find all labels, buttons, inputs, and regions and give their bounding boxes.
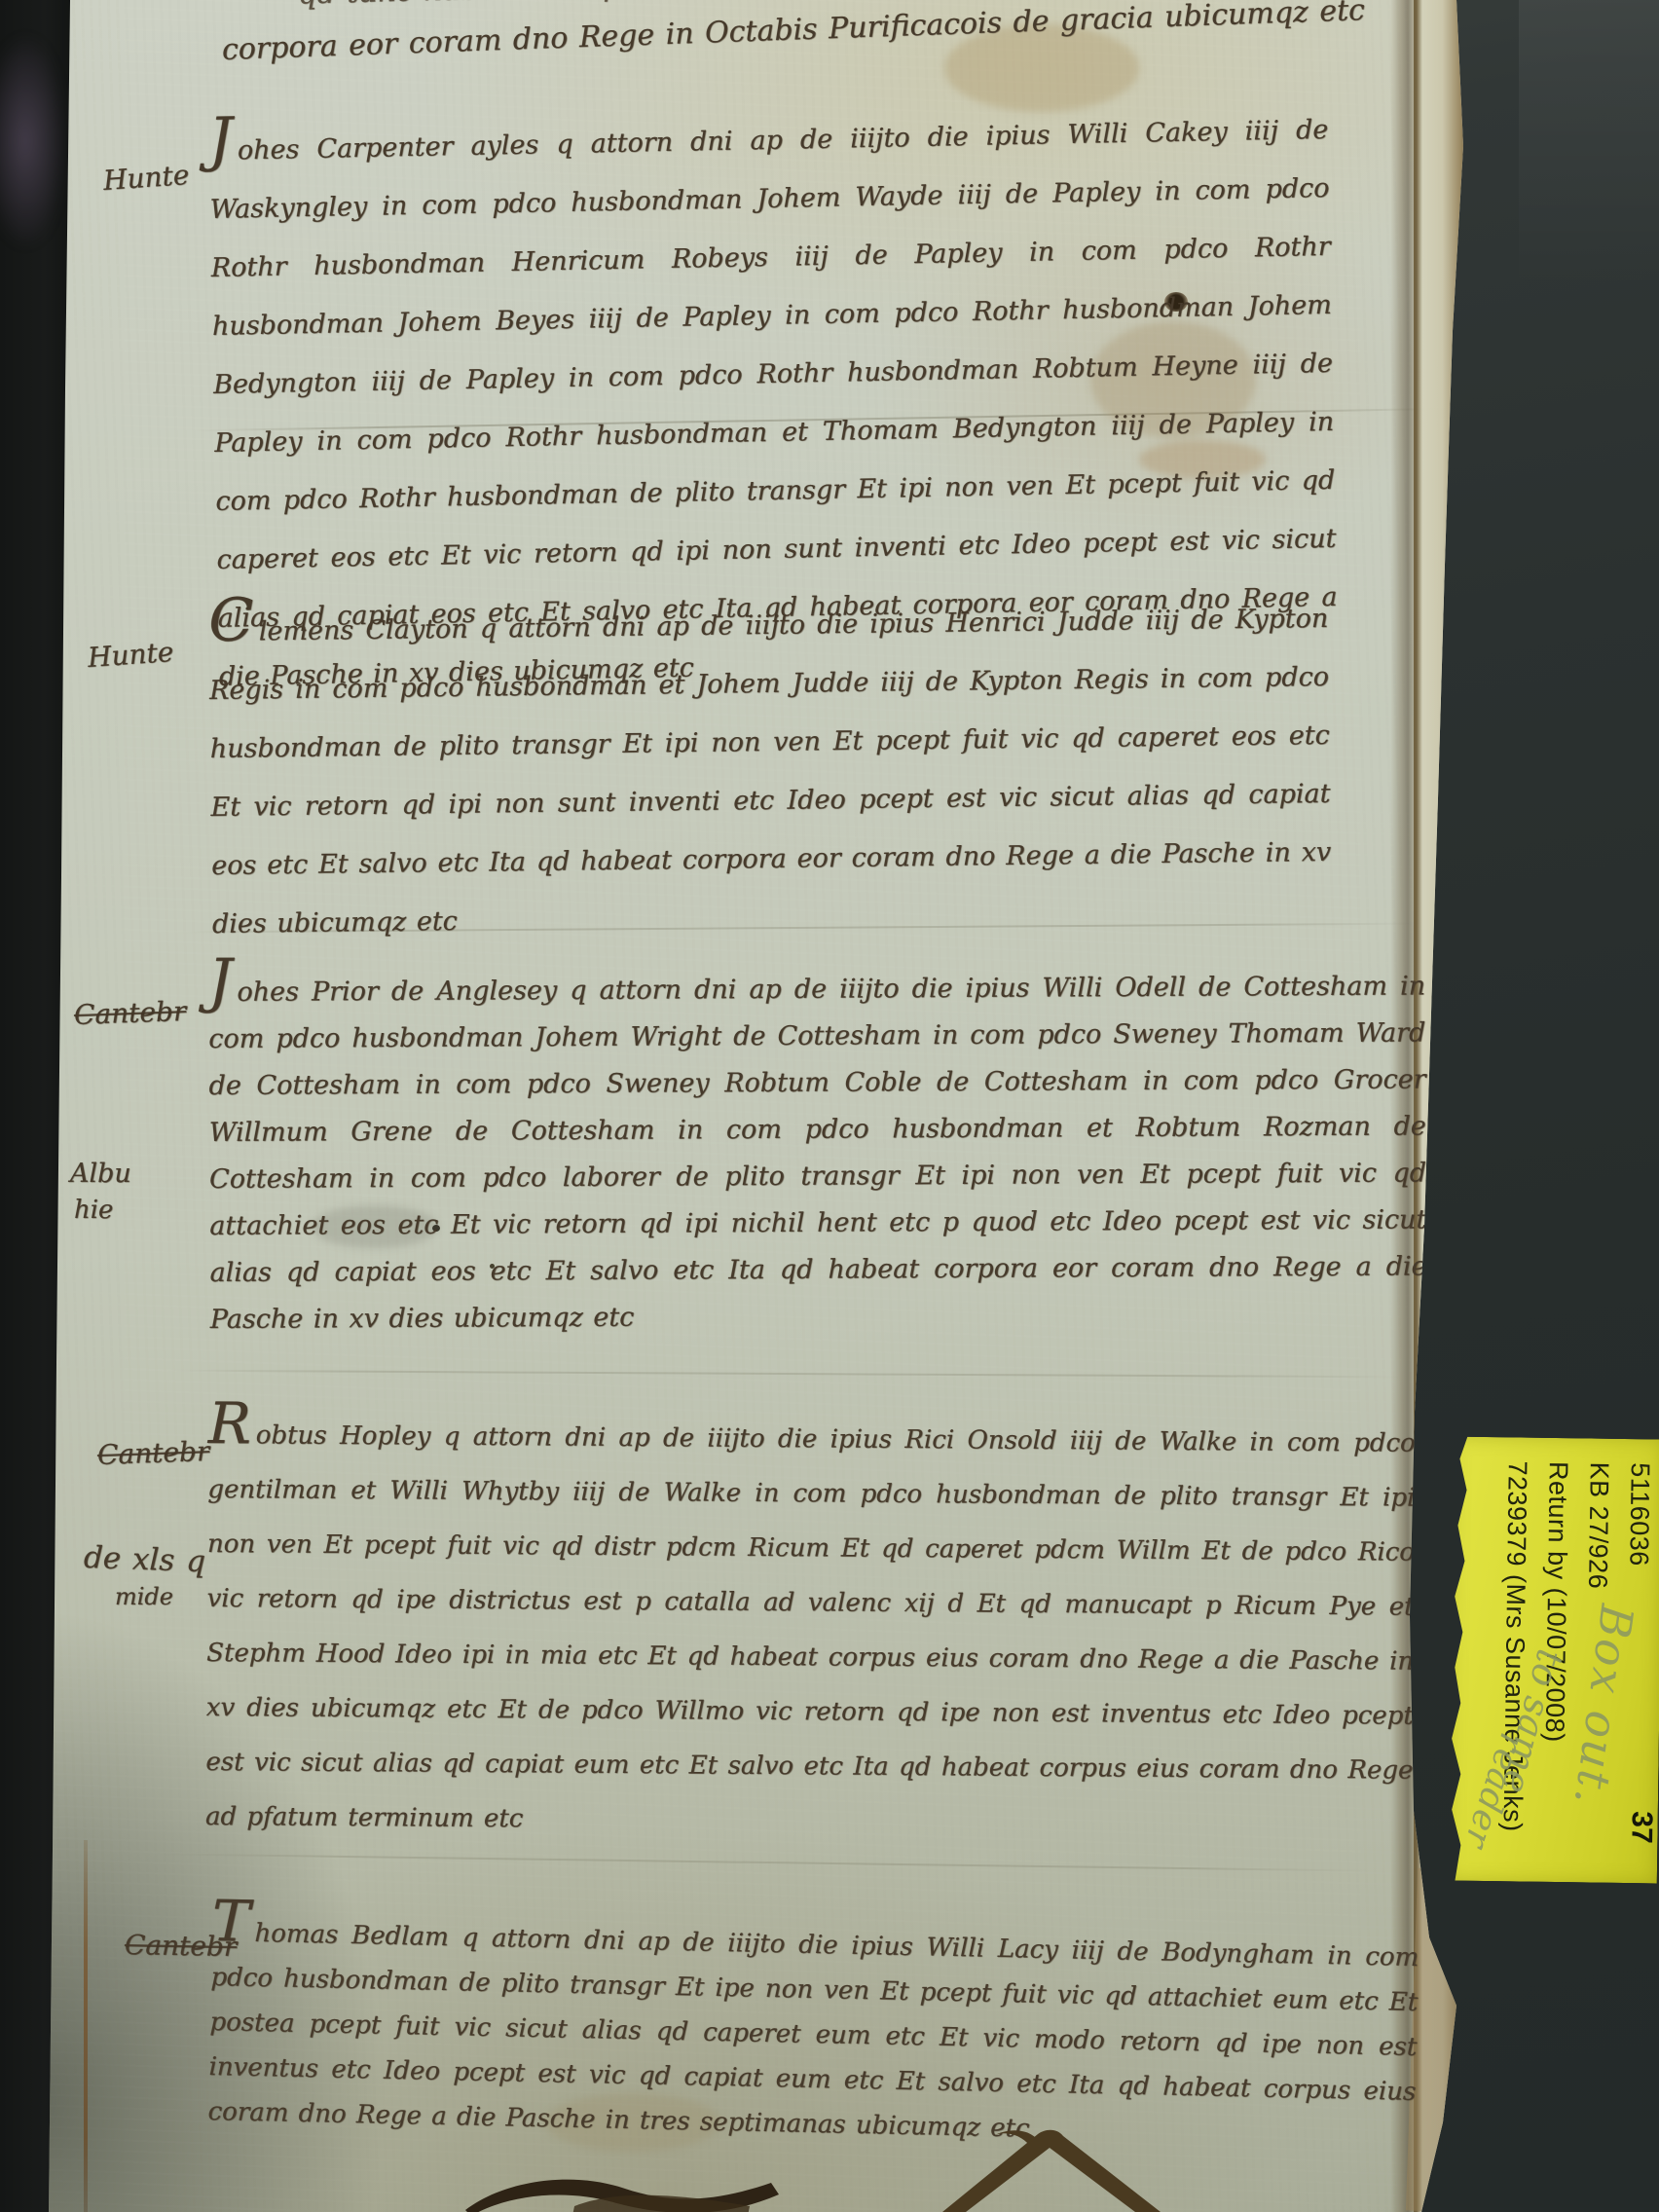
marginal-note-mide: mide xyxy=(115,1583,173,1610)
entry-text: Robtus Hopley q attorn dni ap de iiijto … xyxy=(205,1408,1416,1853)
manuscript-page: qd tunc habeant corpora eor coram dno Re… xyxy=(0,0,1659,2212)
plea-entry-5: Thomas Bedlam q attorn dni ap de iiijto … xyxy=(207,1910,1419,2159)
entry-text: Clemens Clayton q attorn dni ap de iiijt… xyxy=(208,590,1332,954)
page-number: 37 xyxy=(1624,1811,1657,1844)
marginal-county-hunte-2: Hunte xyxy=(87,636,174,674)
sticky-note: 5116036 KB 27/926 Return by (10/07/2008)… xyxy=(1447,1437,1659,1884)
marginal-note-fine: de xls q xyxy=(83,1540,205,1579)
marginal-note-albu: Albu xyxy=(70,1159,131,1189)
membrane-edge-lower xyxy=(1406,1868,1499,2212)
marginal-note-hie: hie xyxy=(74,1196,113,1225)
ornament-flourish-initial xyxy=(937,2126,1170,2212)
sticky-note-rotated-content: 5116036 KB 27/926 Return by (10/07/2008)… xyxy=(1447,1437,1659,1884)
table-light-band xyxy=(1519,0,1659,292)
entry-text: Johes Prior de Anglesey q attorn dni ap … xyxy=(208,963,1427,1344)
ornament-flourish-left xyxy=(458,2177,779,2212)
photograph-of-plea-roll: qd tunc habeant corpora eor coram dno Re… xyxy=(0,0,1659,2212)
marginal-county-hunte-1: Hunte xyxy=(102,159,190,197)
plea-entry-3: Johes Prior de Anglesey q attorn dni ap … xyxy=(208,963,1427,1344)
parchment-fold xyxy=(84,1840,88,2212)
plea-entry-4: Robtus Hopley q attorn dni ap de iiijto … xyxy=(205,1408,1416,1853)
entry-text: Thomas Bedlam q attorn dni ap de iiijto … xyxy=(207,1910,1419,2159)
plea-entry-2: Clemens Clayton q attorn dni ap de iiijt… xyxy=(208,590,1332,954)
marginal-county-cantebr-1: Cantebr xyxy=(73,995,186,1031)
marginal-county-cantebr-2: Cantebr xyxy=(96,1435,209,1471)
marginal-county-cantebr-3: Cantebr xyxy=(125,1929,238,1963)
